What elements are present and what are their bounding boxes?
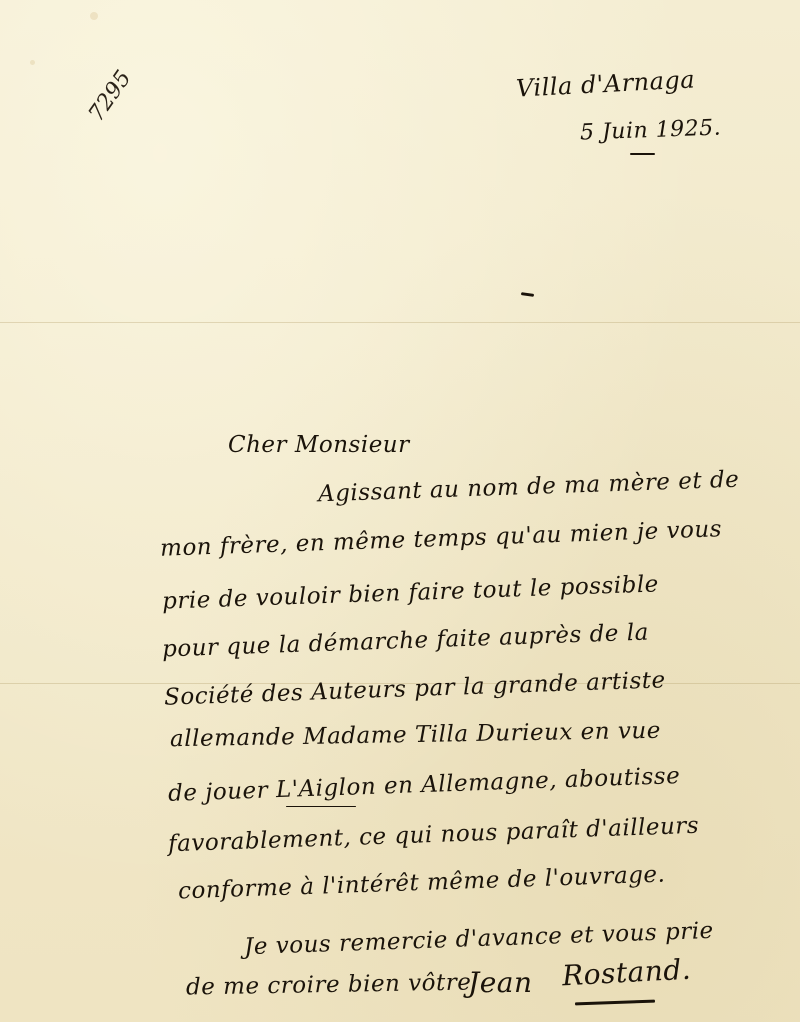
letter-date: 5 Juin 1925. (580, 116, 722, 146)
body-line-3: prie de vouloir bien faire tout le possi… (162, 571, 660, 614)
letter-place: Villa d'Arnaga (515, 65, 695, 102)
body-line-1: Agissant au nom de ma mère et de (318, 467, 740, 508)
closing-line-1: Je vous remercie d'avance et vous prie (244, 918, 714, 960)
signature-underline (575, 1000, 655, 1006)
paper-stain (90, 12, 98, 20)
ink-mark (521, 292, 534, 297)
body-line-8: favorablement, ce qui nous paraît d'aill… (168, 813, 700, 858)
body-line-2: mon frère, en même temps qu'au mien je v… (160, 516, 723, 562)
closing-line-2: de me croire bien vôtre (186, 970, 472, 1001)
paper-stain (30, 60, 35, 65)
letter-page: 7295 Villa d'Arnaga 5 Juin 1925. Cher Mo… (0, 0, 800, 1022)
archive-number: 7295 (84, 66, 137, 126)
body-line-4: pour que la démarche faite auprès de la (162, 620, 650, 663)
signature-first-name: Jean (468, 966, 533, 999)
body-line-9: conforme à l'intérêt même de l'ouvrage. (178, 862, 666, 905)
signature-last-name: Rostand. (561, 953, 692, 993)
date-underline (630, 153, 655, 155)
body-line-7: de jouer L'Aiglon en Allemagne, aboutiss… (168, 763, 681, 807)
body-line-5: Société des Auteurs par la grande artist… (164, 667, 666, 710)
title-underline (286, 806, 356, 807)
body-line-6: allemande Madame Tilla Durieux en vue (170, 718, 661, 753)
salutation: Cher Monsieur (228, 432, 410, 458)
paper-fold-line (0, 322, 800, 323)
